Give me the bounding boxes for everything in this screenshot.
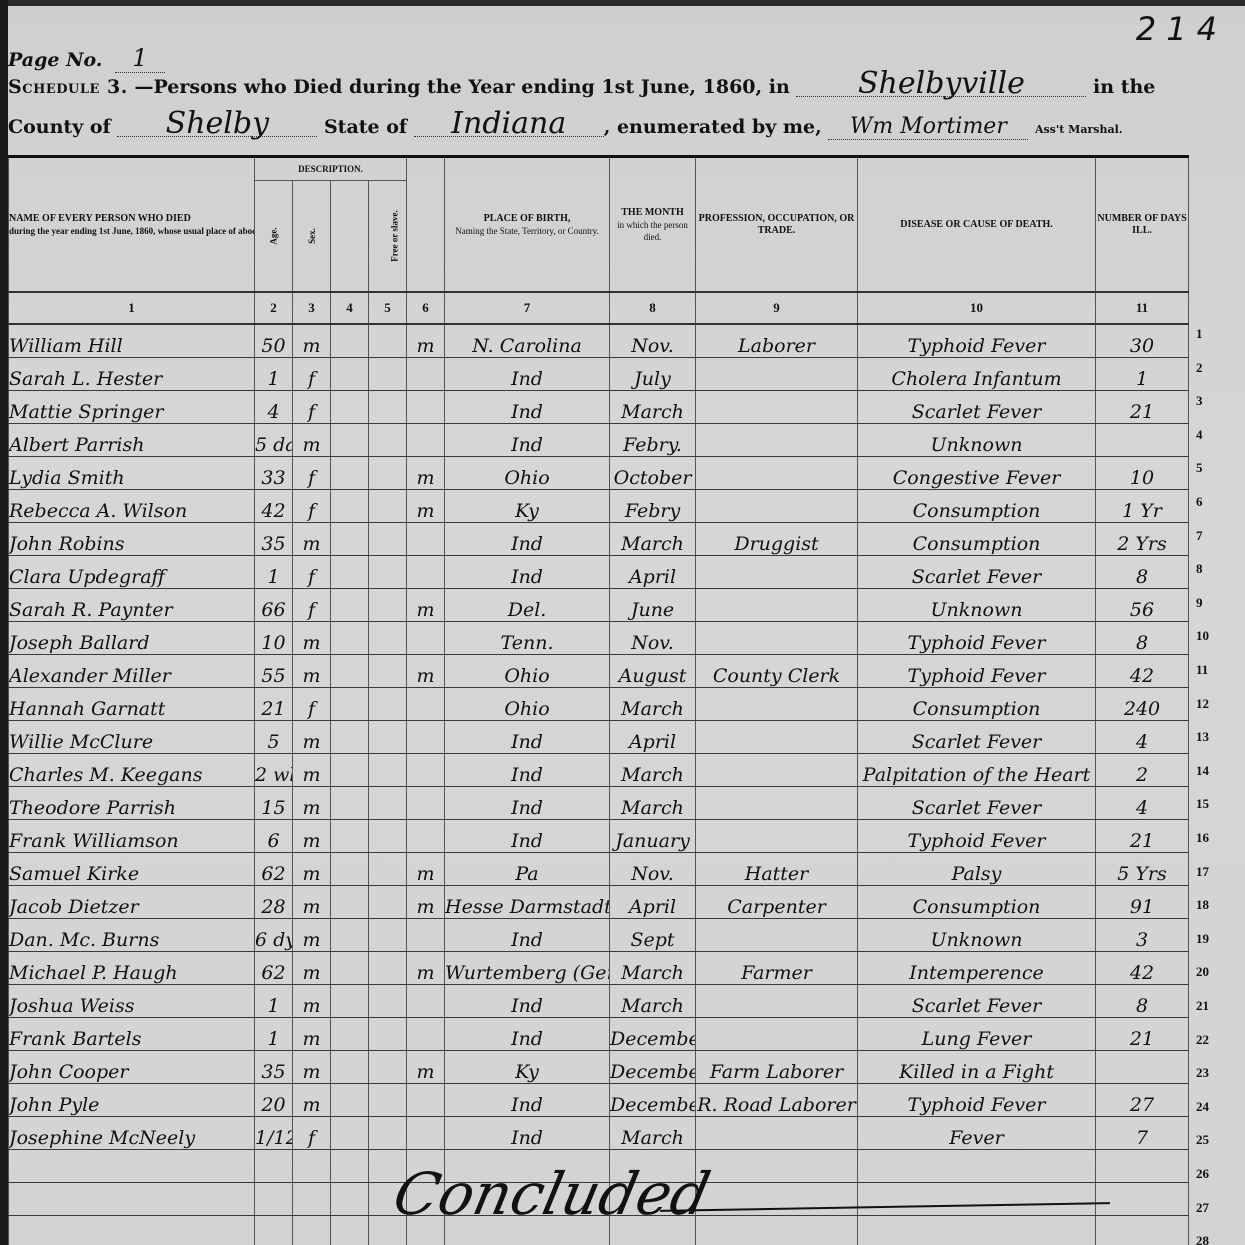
census-page: Page No. 1 214 Schedule 3. —Persons who … bbox=[0, 0, 1245, 1245]
table-row: Willie McClure5mIndAprilScarlet Fever4 bbox=[9, 721, 1189, 754]
cell-color bbox=[331, 490, 369, 523]
cell-disease bbox=[858, 1183, 1096, 1216]
cell-age: 21 bbox=[255, 688, 293, 721]
cell-age: 5 bbox=[255, 721, 293, 754]
cell-age bbox=[255, 1216, 293, 1245]
cell-color bbox=[331, 324, 369, 358]
cell-sex: f bbox=[293, 556, 331, 589]
cell-disease: Lung Fever bbox=[858, 1018, 1096, 1051]
cell-name: Samuel Kirke bbox=[9, 853, 255, 886]
row-number: 3 bbox=[1196, 393, 1203, 409]
cell-days bbox=[1096, 424, 1189, 457]
cell-disease: Intemperence bbox=[858, 952, 1096, 985]
row-number: 21 bbox=[1196, 998, 1209, 1014]
cell-month: April bbox=[610, 886, 696, 919]
in-the-label: in the bbox=[1093, 76, 1155, 98]
marshal-label: Ass't Marshal. bbox=[1035, 123, 1123, 136]
cell-married bbox=[407, 1018, 445, 1051]
cell-month: December bbox=[610, 1084, 696, 1117]
row-number: 19 bbox=[1196, 931, 1209, 947]
cell-age: 28 bbox=[255, 886, 293, 919]
cell-disease: Congestive Fever bbox=[858, 457, 1096, 490]
cell-name: Michael P. Haugh bbox=[9, 952, 255, 985]
cell-month: October bbox=[610, 457, 696, 490]
cell-sex: m bbox=[293, 655, 331, 688]
cell-days: 91 bbox=[1096, 886, 1189, 919]
county-line: County of Shelby State of Indiana, enume… bbox=[8, 112, 1238, 140]
table-row: William Hill50mmN. CarolinaNov.LaborerTy… bbox=[9, 324, 1189, 358]
cell-days: 21 bbox=[1096, 820, 1189, 853]
cell-sex: f bbox=[293, 391, 331, 424]
cell-month: January bbox=[610, 820, 696, 853]
cell-disease: Consumption bbox=[858, 490, 1096, 523]
cell-name: Sarah L. Hester bbox=[9, 358, 255, 391]
cell-occupation bbox=[696, 1117, 858, 1150]
cell-color bbox=[331, 556, 369, 589]
table-row: Samuel Kirke62mmPaNov.HatterPalsy5 Yrs bbox=[9, 853, 1189, 886]
cell-disease: Typhoid Fever bbox=[858, 655, 1096, 688]
cell-birth: Ind bbox=[445, 721, 610, 754]
page-label: Page No. bbox=[8, 49, 102, 71]
cell-color bbox=[331, 1150, 369, 1183]
cell-occupation bbox=[696, 787, 858, 820]
cell-free bbox=[369, 1084, 407, 1117]
cell-occupation: R. Road Laborer bbox=[696, 1084, 858, 1117]
place-field: Shelbyville bbox=[796, 72, 1086, 97]
cell-birth: Ind bbox=[445, 358, 610, 391]
cell-name bbox=[9, 1183, 255, 1216]
cell-occupation bbox=[696, 490, 858, 523]
col-header-name: NAME OF EVERY PERSON WHO DIEDduring the … bbox=[9, 157, 255, 293]
cell-days bbox=[1096, 1051, 1189, 1084]
cell-occupation: Farm Laborer bbox=[696, 1051, 858, 1084]
cell-married bbox=[407, 820, 445, 853]
cell-sex: m bbox=[293, 1084, 331, 1117]
cell-birth: Ohio bbox=[445, 457, 610, 490]
cell-age: 1 bbox=[255, 556, 293, 589]
cell-name: Mattie Springer bbox=[9, 391, 255, 424]
cell-color bbox=[331, 622, 369, 655]
cell-married: m bbox=[407, 655, 445, 688]
page-number: Page No. 1 bbox=[8, 44, 165, 73]
col-header-description: DESCRIPTION. bbox=[255, 157, 407, 181]
page-number-value: 1 bbox=[115, 44, 165, 73]
col-header-profession: PROFESSION, OCCUPATION, OR TRADE. bbox=[696, 157, 858, 293]
cell-occupation bbox=[696, 919, 858, 952]
cell-married: m bbox=[407, 853, 445, 886]
cell-color bbox=[331, 853, 369, 886]
column-number-row: 123 456 789 1011 bbox=[9, 292, 1189, 324]
scan-edge-left bbox=[0, 0, 8, 1245]
row-number: 18 bbox=[1196, 897, 1209, 913]
cell-color bbox=[331, 1051, 369, 1084]
cell-married bbox=[407, 754, 445, 787]
cell-name: Theodore Parrish bbox=[9, 787, 255, 820]
cell-sex: f bbox=[293, 490, 331, 523]
cell-occupation: County Clerk bbox=[696, 655, 858, 688]
cell-free bbox=[369, 1018, 407, 1051]
cell-month: June bbox=[610, 589, 696, 622]
cell-sex: f bbox=[293, 589, 331, 622]
row-number: 6 bbox=[1196, 494, 1203, 510]
cell-color bbox=[331, 523, 369, 556]
cell-color bbox=[331, 985, 369, 1018]
cell-disease: Scarlet Fever bbox=[858, 391, 1096, 424]
cell-age: 1 bbox=[255, 358, 293, 391]
row-number: 27 bbox=[1196, 1200, 1209, 1216]
cell-age: 6 dys bbox=[255, 919, 293, 952]
cell-days: 2 bbox=[1096, 754, 1189, 787]
col-header-married: Married or widowed. bbox=[407, 157, 445, 293]
cell-birth: Del. bbox=[445, 589, 610, 622]
cell-free bbox=[369, 1117, 407, 1150]
cell-occupation: Farmer bbox=[696, 952, 858, 985]
cell-free bbox=[369, 853, 407, 886]
cell-married: m bbox=[407, 1051, 445, 1084]
cell-month: December bbox=[610, 1018, 696, 1051]
cell-free bbox=[369, 622, 407, 655]
cell-month: April bbox=[610, 556, 696, 589]
cell-days: 2 Yrs bbox=[1096, 523, 1189, 556]
cell-married: m bbox=[407, 952, 445, 985]
cell-name: Willie McClure bbox=[9, 721, 255, 754]
cell-age: 50 bbox=[255, 324, 293, 358]
row-number: 20 bbox=[1196, 964, 1209, 980]
cell-occupation bbox=[696, 985, 858, 1018]
cell-birth: Ind bbox=[445, 1117, 610, 1150]
cell-sex: m bbox=[293, 787, 331, 820]
cell-age: 2 wks bbox=[255, 754, 293, 787]
row-number: 16 bbox=[1196, 830, 1209, 846]
cell-month: March bbox=[610, 688, 696, 721]
cell-occupation: Carpenter bbox=[696, 886, 858, 919]
cell-name: Rebecca A. Wilson bbox=[9, 490, 255, 523]
row-number: 15 bbox=[1196, 796, 1209, 812]
cell-days: 1 bbox=[1096, 358, 1189, 391]
cell-birth: Ohio bbox=[445, 655, 610, 688]
cell-name: Albert Parrish bbox=[9, 424, 255, 457]
cell-sex: m bbox=[293, 1051, 331, 1084]
cell-color bbox=[331, 721, 369, 754]
cell-disease: Scarlet Fever bbox=[858, 985, 1096, 1018]
cell-age: 5 days bbox=[255, 424, 293, 457]
cell-disease bbox=[858, 1216, 1096, 1245]
cell-birth: Ind bbox=[445, 820, 610, 853]
cell-sex bbox=[293, 1183, 331, 1216]
cell-name: Frank Bartels bbox=[9, 1018, 255, 1051]
folio-number: 214 bbox=[1136, 10, 1227, 48]
table-row: Rebecca A. Wilson42fmKyFebryConsumption1… bbox=[9, 490, 1189, 523]
cell-occupation bbox=[696, 457, 858, 490]
col-header-color: Color, { White, black, or mulatto. bbox=[331, 181, 369, 293]
cell-birth: Tenn. bbox=[445, 622, 610, 655]
cell-birth: Ind bbox=[445, 556, 610, 589]
county-label: County of bbox=[8, 116, 111, 138]
cell-occupation: Hatter bbox=[696, 853, 858, 886]
cell-age: 42 bbox=[255, 490, 293, 523]
table-row: Sarah R. Paynter66fmDel.JuneUnknown56 bbox=[9, 589, 1189, 622]
cell-month: March bbox=[610, 1117, 696, 1150]
col-header-sex: Sex. bbox=[293, 181, 331, 293]
cell-free bbox=[369, 787, 407, 820]
cell-free bbox=[369, 688, 407, 721]
cell-married: m bbox=[407, 886, 445, 919]
cell-married bbox=[407, 391, 445, 424]
table-row: Theodore Parrish15mIndMarchScarlet Fever… bbox=[9, 787, 1189, 820]
cell-color bbox=[331, 457, 369, 490]
table-row: Dan. Mc. Burns6 dysmIndSeptUnknown3 bbox=[9, 919, 1189, 952]
cell-sex: f bbox=[293, 1117, 331, 1150]
cell-sex: m bbox=[293, 919, 331, 952]
cell-age: 66 bbox=[255, 589, 293, 622]
cell-name: William Hill bbox=[9, 324, 255, 358]
row-number: 28 bbox=[1196, 1233, 1209, 1245]
cell-days: 3 bbox=[1096, 919, 1189, 952]
cell-free bbox=[369, 523, 407, 556]
row-number: 22 bbox=[1196, 1032, 1209, 1048]
cell-occupation bbox=[696, 1216, 858, 1245]
cell-sex: m bbox=[293, 1018, 331, 1051]
cell-age bbox=[255, 1150, 293, 1183]
cell-birth: Ohio bbox=[445, 688, 610, 721]
cell-disease: Typhoid Fever bbox=[858, 1084, 1096, 1117]
cell-sex: m bbox=[293, 952, 331, 985]
row-number: 11 bbox=[1196, 662, 1208, 678]
cell-days: 1 Yr bbox=[1096, 490, 1189, 523]
cell-name: Charles M. Keegans bbox=[9, 754, 255, 787]
cell-name: Lydia Smith bbox=[9, 457, 255, 490]
cell-name: Jacob Dietzer bbox=[9, 886, 255, 919]
cell-days bbox=[1096, 1183, 1189, 1216]
cell-name: Joshua Weiss bbox=[9, 985, 255, 1018]
cell-age: 62 bbox=[255, 853, 293, 886]
cell-age: 62 bbox=[255, 952, 293, 985]
cell-free bbox=[369, 886, 407, 919]
cell-disease: Typhoid Fever bbox=[858, 324, 1096, 358]
cell-name bbox=[9, 1150, 255, 1183]
cell-birth: Pa bbox=[445, 853, 610, 886]
cell-married bbox=[407, 721, 445, 754]
row-number: 7 bbox=[1196, 528, 1203, 544]
cell-birth: Hesse Darmstadt Ger. bbox=[445, 886, 610, 919]
table-row: Michael P. Haugh62mmWurtemberg (Ger)Marc… bbox=[9, 952, 1189, 985]
table-row: Mattie Springer4fIndMarchScarlet Fever21 bbox=[9, 391, 1189, 424]
row-number: 26 bbox=[1196, 1166, 1209, 1182]
cell-name: Hannah Garnatt bbox=[9, 688, 255, 721]
cell-free bbox=[369, 985, 407, 1018]
cell-occupation bbox=[696, 721, 858, 754]
cell-color bbox=[331, 952, 369, 985]
cell-sex: m bbox=[293, 721, 331, 754]
cell-free bbox=[369, 490, 407, 523]
cell-married: m bbox=[407, 490, 445, 523]
cell-name: Dan. Mc. Burns bbox=[9, 919, 255, 952]
cell-sex: m bbox=[293, 324, 331, 358]
cell-days: 42 bbox=[1096, 952, 1189, 985]
cell-birth: Ind bbox=[445, 391, 610, 424]
col-header-age: Age. bbox=[255, 181, 293, 293]
cell-sex: m bbox=[293, 622, 331, 655]
mortality-schedule-table: NAME OF EVERY PERSON WHO DIEDduring the … bbox=[8, 155, 1189, 1245]
cell-color bbox=[331, 886, 369, 919]
cell-age: 35 bbox=[255, 1051, 293, 1084]
cell-married: m bbox=[407, 457, 445, 490]
table-row: Frank Bartels1mIndDecemberLung Fever21 bbox=[9, 1018, 1189, 1051]
cell-color bbox=[331, 424, 369, 457]
cell-married bbox=[407, 358, 445, 391]
cell-name: John Pyle bbox=[9, 1084, 255, 1117]
cell-name: John Cooper bbox=[9, 1051, 255, 1084]
cell-birth: Ind bbox=[445, 424, 610, 457]
cell-sex: m bbox=[293, 985, 331, 1018]
cell-age: 4 bbox=[255, 391, 293, 424]
col-header-month: THE MONTHin which the person died. bbox=[610, 157, 696, 293]
cell-birth: Ind bbox=[445, 523, 610, 556]
cell-disease: Consumption bbox=[858, 688, 1096, 721]
cell-color bbox=[331, 688, 369, 721]
col-header-birth: PLACE OF BIRTH,Naming the State, Territo… bbox=[445, 157, 610, 293]
cell-free bbox=[369, 952, 407, 985]
cell-color bbox=[331, 589, 369, 622]
state-field: Indiana bbox=[414, 112, 604, 137]
cell-name: Alexander Miller bbox=[9, 655, 255, 688]
cell-disease: Killed in a Fight bbox=[858, 1051, 1096, 1084]
cell-name: Joseph Ballard bbox=[9, 622, 255, 655]
cell-days: 21 bbox=[1096, 391, 1189, 424]
cell-disease: Palpitation of the Heart bbox=[858, 754, 1096, 787]
cell-occupation bbox=[696, 424, 858, 457]
cell-occupation bbox=[696, 391, 858, 424]
cell-age: 55 bbox=[255, 655, 293, 688]
cell-month: March bbox=[610, 523, 696, 556]
cell-month: Nov. bbox=[610, 853, 696, 886]
cell-days: 21 bbox=[1096, 1018, 1189, 1051]
cell-name: Frank Williamson bbox=[9, 820, 255, 853]
cell-disease: Scarlet Fever bbox=[858, 787, 1096, 820]
cell-color bbox=[331, 919, 369, 952]
cell-month: Febry. bbox=[610, 424, 696, 457]
row-number: 4 bbox=[1196, 427, 1203, 443]
row-number: 25 bbox=[1196, 1132, 1209, 1148]
cell-days: 10 bbox=[1096, 457, 1189, 490]
cell-month: March bbox=[610, 985, 696, 1018]
cell-free bbox=[369, 424, 407, 457]
cell-birth: Ky bbox=[445, 1051, 610, 1084]
cell-free bbox=[369, 919, 407, 952]
cell-days: 7 bbox=[1096, 1117, 1189, 1150]
row-number: 10 bbox=[1196, 628, 1209, 644]
cell-free bbox=[369, 358, 407, 391]
cell-sex bbox=[293, 1150, 331, 1183]
cell-married bbox=[407, 688, 445, 721]
cell-days: 42 bbox=[1096, 655, 1189, 688]
cell-age: 20 bbox=[255, 1084, 293, 1117]
cell-days bbox=[1096, 1150, 1189, 1183]
table-row: Joshua Weiss1mIndMarchScarlet Fever8 bbox=[9, 985, 1189, 1018]
cell-color bbox=[331, 358, 369, 391]
row-number: 17 bbox=[1196, 864, 1209, 880]
table-row: Clara Updegraff1fIndAprilScarlet Fever8 bbox=[9, 556, 1189, 589]
cell-disease: Cholera Infantum bbox=[858, 358, 1096, 391]
cell-days bbox=[1096, 1216, 1189, 1245]
cell-days: 4 bbox=[1096, 787, 1189, 820]
scan-edge-top bbox=[0, 0, 1245, 6]
cell-month: Nov. bbox=[610, 324, 696, 358]
cell-name: Clara Updegraff bbox=[9, 556, 255, 589]
cell-occupation: Laborer bbox=[696, 324, 858, 358]
table-row: Albert Parrish5 daysmIndFebry.Unknown bbox=[9, 424, 1189, 457]
cell-days: 4 bbox=[1096, 721, 1189, 754]
cell-free bbox=[369, 1051, 407, 1084]
cell-color bbox=[331, 1216, 369, 1245]
county-field: Shelby bbox=[117, 112, 317, 137]
cell-married bbox=[407, 787, 445, 820]
cell-days: 8 bbox=[1096, 985, 1189, 1018]
cell-sex: m bbox=[293, 853, 331, 886]
table-row: Frank Williamson6mIndJanuaryTyphoid Feve… bbox=[9, 820, 1189, 853]
cell-married: m bbox=[407, 324, 445, 358]
cell-free bbox=[369, 655, 407, 688]
cell-free bbox=[369, 721, 407, 754]
row-number: 13 bbox=[1196, 729, 1209, 745]
enumerated-label: , enumerated by me, bbox=[604, 116, 822, 138]
cell-days: 27 bbox=[1096, 1084, 1189, 1117]
cell-sex: m bbox=[293, 754, 331, 787]
schedule-title: —Persons who Died during the Year ending… bbox=[135, 76, 790, 98]
cell-color bbox=[331, 754, 369, 787]
cell-month: April bbox=[610, 721, 696, 754]
row-number: 12 bbox=[1196, 696, 1209, 712]
schedule-title-line: Schedule 3. —Persons who Died during the… bbox=[8, 72, 1238, 98]
col-header-free-slave: Free or slave. bbox=[369, 181, 407, 293]
cell-color bbox=[331, 820, 369, 853]
row-number: 23 bbox=[1196, 1065, 1209, 1081]
cell-month: Febry bbox=[610, 490, 696, 523]
cell-birth: Ind bbox=[445, 919, 610, 952]
table-row: Alexander Miller55mmOhioAugustCounty Cle… bbox=[9, 655, 1189, 688]
cell-color bbox=[331, 787, 369, 820]
cell-free bbox=[369, 589, 407, 622]
cell-name: Sarah R. Paynter bbox=[9, 589, 255, 622]
cell-disease: Scarlet Fever bbox=[858, 721, 1096, 754]
row-number: 8 bbox=[1196, 561, 1203, 577]
cell-sex: f bbox=[293, 457, 331, 490]
cell-birth: N. Carolina bbox=[445, 324, 610, 358]
row-number: 5 bbox=[1196, 460, 1203, 476]
cell-occupation bbox=[696, 589, 858, 622]
cell-month: December bbox=[610, 1051, 696, 1084]
cell-month: March bbox=[610, 391, 696, 424]
cell-occupation bbox=[696, 754, 858, 787]
table-row: John Cooper35mmKyDecemberFarm LaborerKil… bbox=[9, 1051, 1189, 1084]
cell-days: 8 bbox=[1096, 556, 1189, 589]
cell-days: 5 Yrs bbox=[1096, 853, 1189, 886]
cell-birth: Ind bbox=[445, 985, 610, 1018]
schedule-label: Schedule 3. bbox=[8, 76, 128, 98]
row-number: 1 bbox=[1196, 326, 1203, 342]
cell-age: 6 bbox=[255, 820, 293, 853]
cell-occupation bbox=[696, 688, 858, 721]
cell-color bbox=[331, 1084, 369, 1117]
row-number: 14 bbox=[1196, 763, 1209, 779]
cell-occupation bbox=[696, 358, 858, 391]
table-row: Josephine McNeely1/12fIndMarchFever7 bbox=[9, 1117, 1189, 1150]
cell-free bbox=[369, 457, 407, 490]
cell-month: March bbox=[610, 754, 696, 787]
cell-color bbox=[331, 1183, 369, 1216]
cell-occupation bbox=[696, 1018, 858, 1051]
table-row: Hannah Garnatt21fOhioMarchConsumption240 bbox=[9, 688, 1189, 721]
